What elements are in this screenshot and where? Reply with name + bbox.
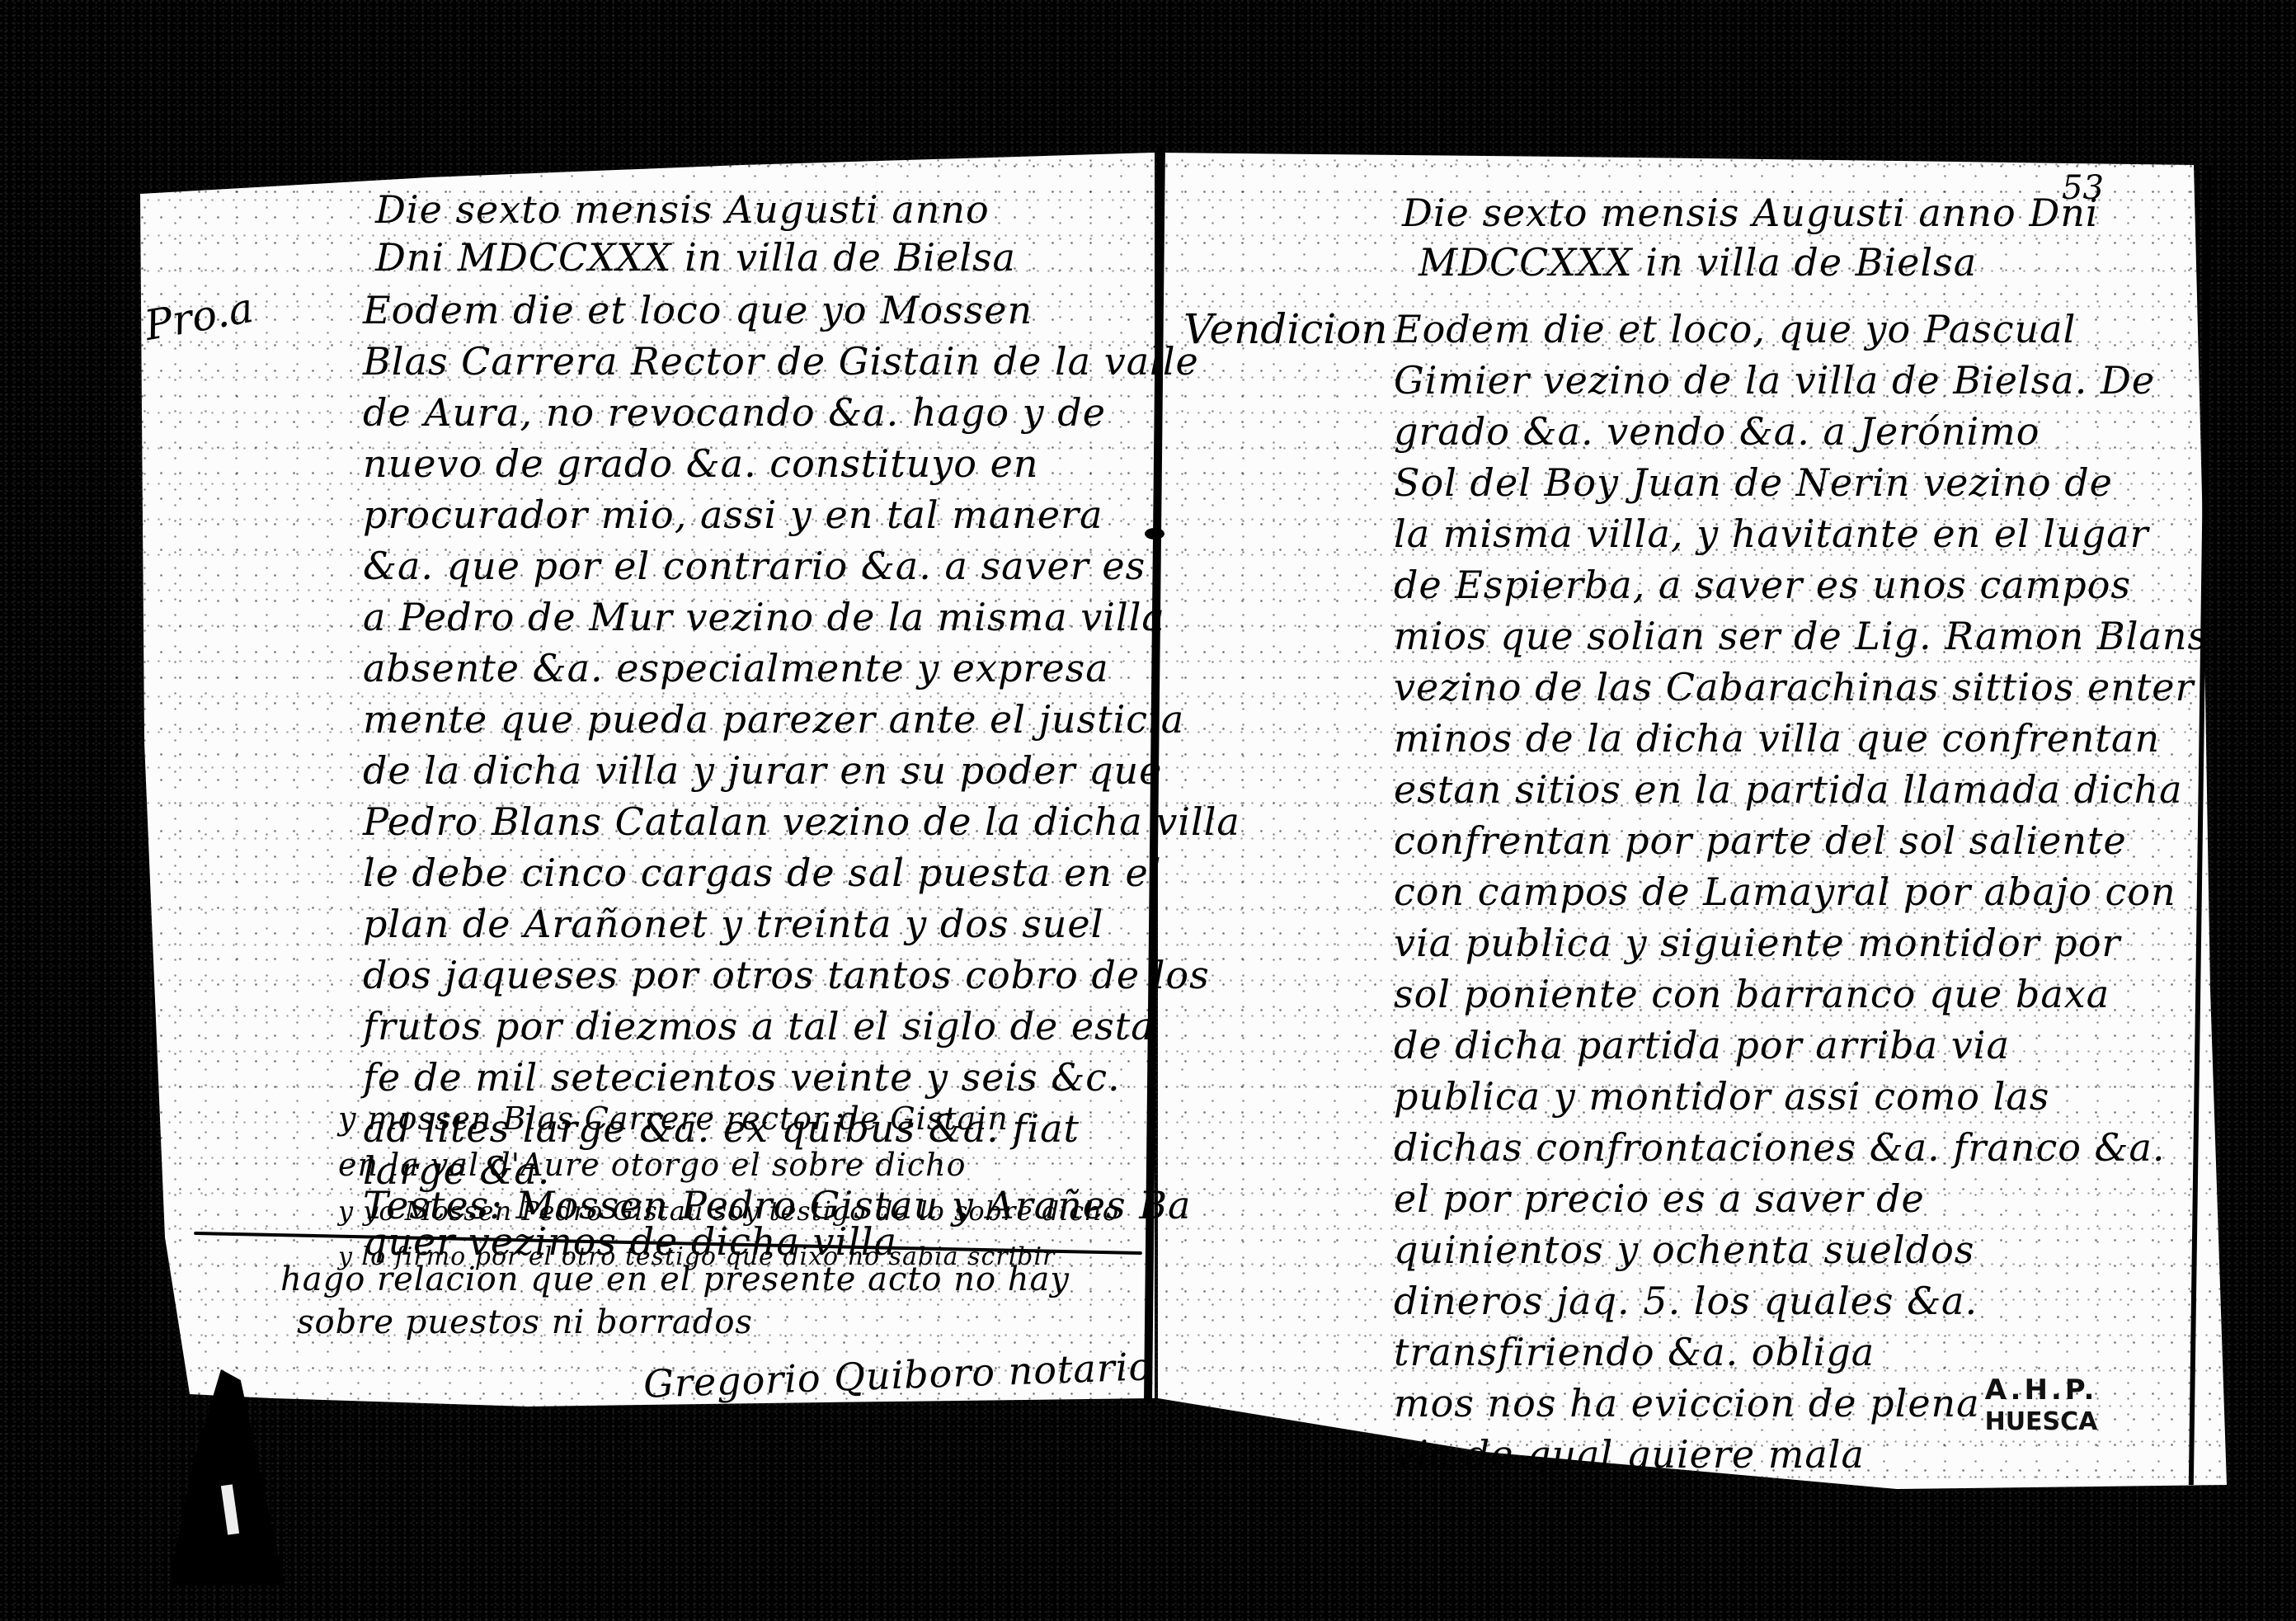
right-margin-note: Vendicion [1183,305,1388,353]
body-line: confrentan por parte del sol saliente [1394,815,2208,866]
body-line: grado &a. vendo &a. a Jerónimo [1394,406,2208,457]
body-line: el por precio es a saver de [1394,1173,2208,1224]
header-line: Die sexto mensis Augusti anno Dni [1402,188,2099,238]
body-line: vezino de las Cabarachinas sittios enter [1394,662,2208,713]
body-line: nuevo de grado &a. constituyo en [363,438,1240,489]
body-line: Eodem die et loco, que yo Pascual [1394,304,2208,355]
right-header: Die sexto mensis Augusti anno Dni MDCCXX… [1402,188,2099,287]
body-line: dos jaqueses por otros tantos cobro de l… [363,950,1240,1001]
stamp-line-2: HUESCA [1979,1407,2103,1438]
closing-line: hago relacion que en el presente acto no… [280,1258,1070,1301]
header-line: MDCCXXX in villa de Bielsa [1402,238,2099,287]
body-line: transfiriendo &a. obliga [1394,1326,2208,1378]
body-line: de dicha partida por arriba via [1394,1020,2208,1071]
body-line: minos de la dicha villa que confrentan [1394,713,2208,764]
body-line: estan sitios en la partida llamada dicha [1394,764,2208,815]
body-line: Sol del Boy Juan de Nerin vezino de [1394,457,2208,508]
left-addendum: y mossen Blas Carrere rector de Gistain … [338,1096,1119,1280]
body-line: frutos por diezmos a tal el siglo de est… [363,1001,1240,1052]
body-line: de Espierba, a saver es unos campos [1394,559,2208,610]
body-line: plan de Arañonet y treinta y dos suel [363,898,1240,950]
body-line: publica y montidor assi como las [1394,1071,2208,1122]
archive-stamp: A.H.P. HUESCA [1979,1374,2103,1438]
closing-line: sobre puestos ni borrados [280,1301,1070,1344]
stamp-line-1: A.H.P. [1979,1374,2103,1407]
body-line: Blas Carrera Rector de Gistain de la val… [363,336,1240,387]
body-line: via publica y siguiente montidor por [1394,917,2208,968]
body-line: dichas confrontaciones &a. franco &a. [1394,1122,2208,1173]
addendum-line: y mossen Blas Carrere rector de Gistain [338,1096,1119,1142]
body-line: a Pedro de Mur vezino de la misma villa [363,591,1240,643]
left-closing: hago relacion que en el presente acto no… [280,1258,1070,1344]
body-line: mios que solian ser de Lig. Ramon Blans [1394,610,2208,662]
body-line: Eodem die et loco que yo Mossen [363,285,1240,336]
body-line: Gimier vezino de la villa de Bielsa. De [1394,355,2208,406]
body-line: quinientos y ochenta sueldos [1394,1224,2208,1275]
right-body: Eodem die et loco, que yo Pascual Gimier… [1394,304,2208,1480]
body-line: de la dicha villa y jurar en su poder qu… [363,745,1240,796]
left-header: Die sexto mensis Augusti anno Dni MDCCXX… [375,186,1016,281]
body-line: &a. que por el contrario &a. a saver es [363,540,1240,591]
body-line: mente que pueda parezer ante el justicia [363,694,1240,745]
addendum-line: y yo Mossen Pedro Gistau soy testigo de … [338,1188,1119,1234]
body-line: absente &a. especialmente y expresa [363,643,1240,694]
body-line: dineros jaq. 5. los quales &a. [1394,1275,2208,1326]
body-line: la misma villa, y havitante en el lugar [1394,508,2208,559]
body-line: de Aura, no revocando &a. hago y de [363,387,1240,438]
body-line: procurador mio, assi y en tal manera [363,489,1240,540]
header-line: Die sexto mensis Augusti anno [375,186,1016,233]
body-line: sol poniente con barranco que baxa [1394,968,2208,1020]
addendum-line: en la val d'Aure otorgo el sobre dicho [338,1142,1119,1188]
body-line: con campos de Lamayral por abajo con [1394,866,2208,917]
header-line: Dni MDCCXXX in villa de Bielsa [375,233,1016,281]
body-line: le debe cinco cargas de sal puesta en el [363,847,1240,898]
body-line: Pedro Blans Catalan vezino de la dicha v… [363,796,1240,847]
